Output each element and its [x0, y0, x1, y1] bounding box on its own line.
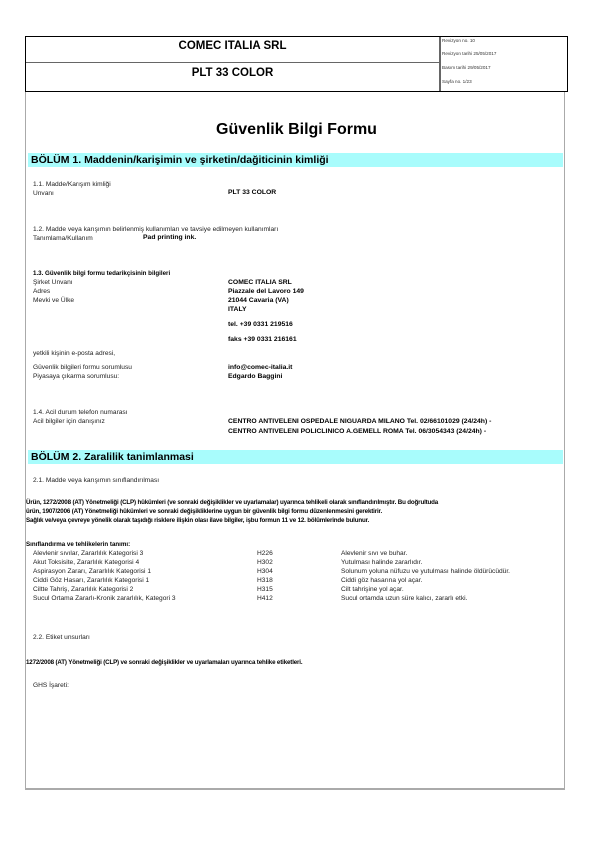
document-title: Güvenlik Bilgi Formu	[25, 121, 568, 139]
hazard-class: Ciltte Tahriş, Zararlılık Kategorisi 2	[33, 586, 133, 593]
hazard-class: Alevlenir sıvılar, Zararlılık Kategorisi…	[33, 550, 143, 557]
s1-3-country: ITALY	[228, 306, 247, 313]
header-left: COMEC ITALIA SRL PLT 33 COLOR	[26, 37, 441, 91]
s1-3-city: 21044 Cavaria (VA)	[228, 297, 289, 304]
hazard-class: Ciddi Göz Hasarı, Zararlılık Kategorisi …	[33, 577, 149, 584]
s1-3-company: COMEC ITALIA SRL	[228, 279, 292, 286]
s2-2-heading: 2.2. Etiket unsurları	[33, 634, 90, 641]
hazard-code: H304	[257, 568, 273, 575]
revision-date: Revizyon tarihi 25/05/2017	[442, 51, 496, 56]
s1-1-value: PLT 33 COLOR	[228, 189, 276, 196]
s1-3-sds-label: Güvenlik bilgileri formu sorumlusu	[33, 364, 132, 371]
s1-1-heading: 1.1. Madde/Karışım kimliği	[33, 181, 111, 188]
hazard-class: Aspirasyon Zararı, Zararlılık Kategorisi…	[33, 568, 151, 575]
s1-3-address-label: Adres	[33, 288, 50, 295]
header-product: PLT 33 COLOR	[26, 67, 439, 79]
hazard-class: Akut Toksisite, Zararlılık Kategorisi 4	[33, 559, 139, 566]
s1-3-company-label: Şirket Unvanı	[33, 279, 73, 286]
s2-2-regulation: 1272/2008 (AT) Yönetmeliği (CLP) ve sonr…	[26, 659, 302, 666]
s2-1-para-1: Ürün, 1272/2008 (AT) Yönetmeliği (CLP) h…	[26, 499, 438, 506]
header-divider	[26, 62, 439, 63]
section1-heading: BÖLÜM 1. Maddenin/karişimin ve şirketin/…	[28, 153, 563, 167]
s2-1-para-2: ürün, 1907/2006 (AT) Yönetmeliği hükümle…	[26, 508, 382, 515]
header-company: COMEC ITALIA SRL	[26, 40, 439, 52]
hazard-statement: Cilt tahrişine yol açar.	[341, 586, 404, 593]
s1-3-sds-email[interactable]: info@comec-italia.it	[228, 364, 292, 371]
s1-3-heading: 1.3. Güvenlik bilgi formu tedarikçisinin…	[33, 270, 170, 277]
revision-no: Revizyon no. 10	[442, 38, 475, 43]
s1-3-tel: tel. +39 0331 219516	[228, 321, 293, 328]
s2-1-class-heading: Sınıflandırma ve tehlikelerin tanımı:	[26, 541, 130, 548]
s1-2-heading: 1.2. Madde veya karışımın belirlenmiş ku…	[33, 226, 278, 233]
s1-4-label: Acil bilgiler için danışınız	[33, 418, 105, 425]
hazard-code: H315	[257, 586, 273, 593]
s1-2-value: Pad printing ink.	[143, 234, 196, 241]
hazard-statement: Alevlenir sıvı ve buhar.	[341, 550, 407, 557]
s1-3-market-value: Edgardo Baggini	[228, 373, 282, 380]
s1-3-fax: faks +39 0331 216161	[228, 336, 297, 343]
hazard-code: H302	[257, 559, 273, 566]
content-frame	[25, 92, 565, 790]
hazard-statement: Yutulması halinde zararlıdır.	[341, 559, 422, 566]
s1-2-label: Tanımlama/Kullanım	[33, 235, 93, 242]
s1-1-label: Unvanı	[33, 190, 54, 197]
hazard-class: Sucul Ortama Zararlı-Kronik zararlılık, …	[33, 595, 176, 602]
hazard-statement: Ciddi göz hasarına yol açar.	[341, 577, 422, 584]
hazard-statement: Solunum yoluna nüfuzu ve yutulması halin…	[341, 568, 510, 575]
hazard-code: H226	[257, 550, 273, 557]
s1-3-address: Piazzale del Lavoro 149	[228, 288, 304, 295]
s2-1-para-3: Sağlık ve/veya çevreye yönelik olarak ta…	[26, 517, 369, 524]
hazard-code: H412	[257, 595, 273, 602]
s1-3-location-label: Mevki ve Ülke	[33, 297, 74, 304]
document-header: COMEC ITALIA SRL PLT 33 COLOR Revizyon n…	[25, 36, 568, 92]
s2-1-heading: 2.1. Madde veya karışımın sınıflandırılm…	[33, 477, 159, 484]
s1-4-line1: CENTRO ANTIVELENI OSPEDALE NIGUARDA MILA…	[228, 418, 491, 425]
print-date: Basım tarihi 29/05/2017	[442, 65, 491, 70]
s1-3-email-label: yetkili kişinin e-posta adresi,	[33, 350, 115, 357]
section2-heading: BÖLÜM 2. Zaralilik tanimlanmasi	[28, 450, 563, 464]
s1-3-market-label: Piyasaya çıkarma sorumlusu:	[33, 373, 119, 380]
hazard-code: H318	[257, 577, 273, 584]
s1-4-line2: CENTRO ANTIVELENI POLICLINICO A.GEMELL R…	[228, 428, 486, 435]
page-number: Sayfa no. 1/23	[442, 79, 472, 84]
hazard-statement: Sucul ortamda uzun süre kalıcı, zararlı …	[341, 595, 467, 602]
s1-4-heading: 1.4. Acil durum telefon numarası	[33, 409, 128, 416]
ghs-label: GHS İşareti:	[33, 682, 69, 689]
